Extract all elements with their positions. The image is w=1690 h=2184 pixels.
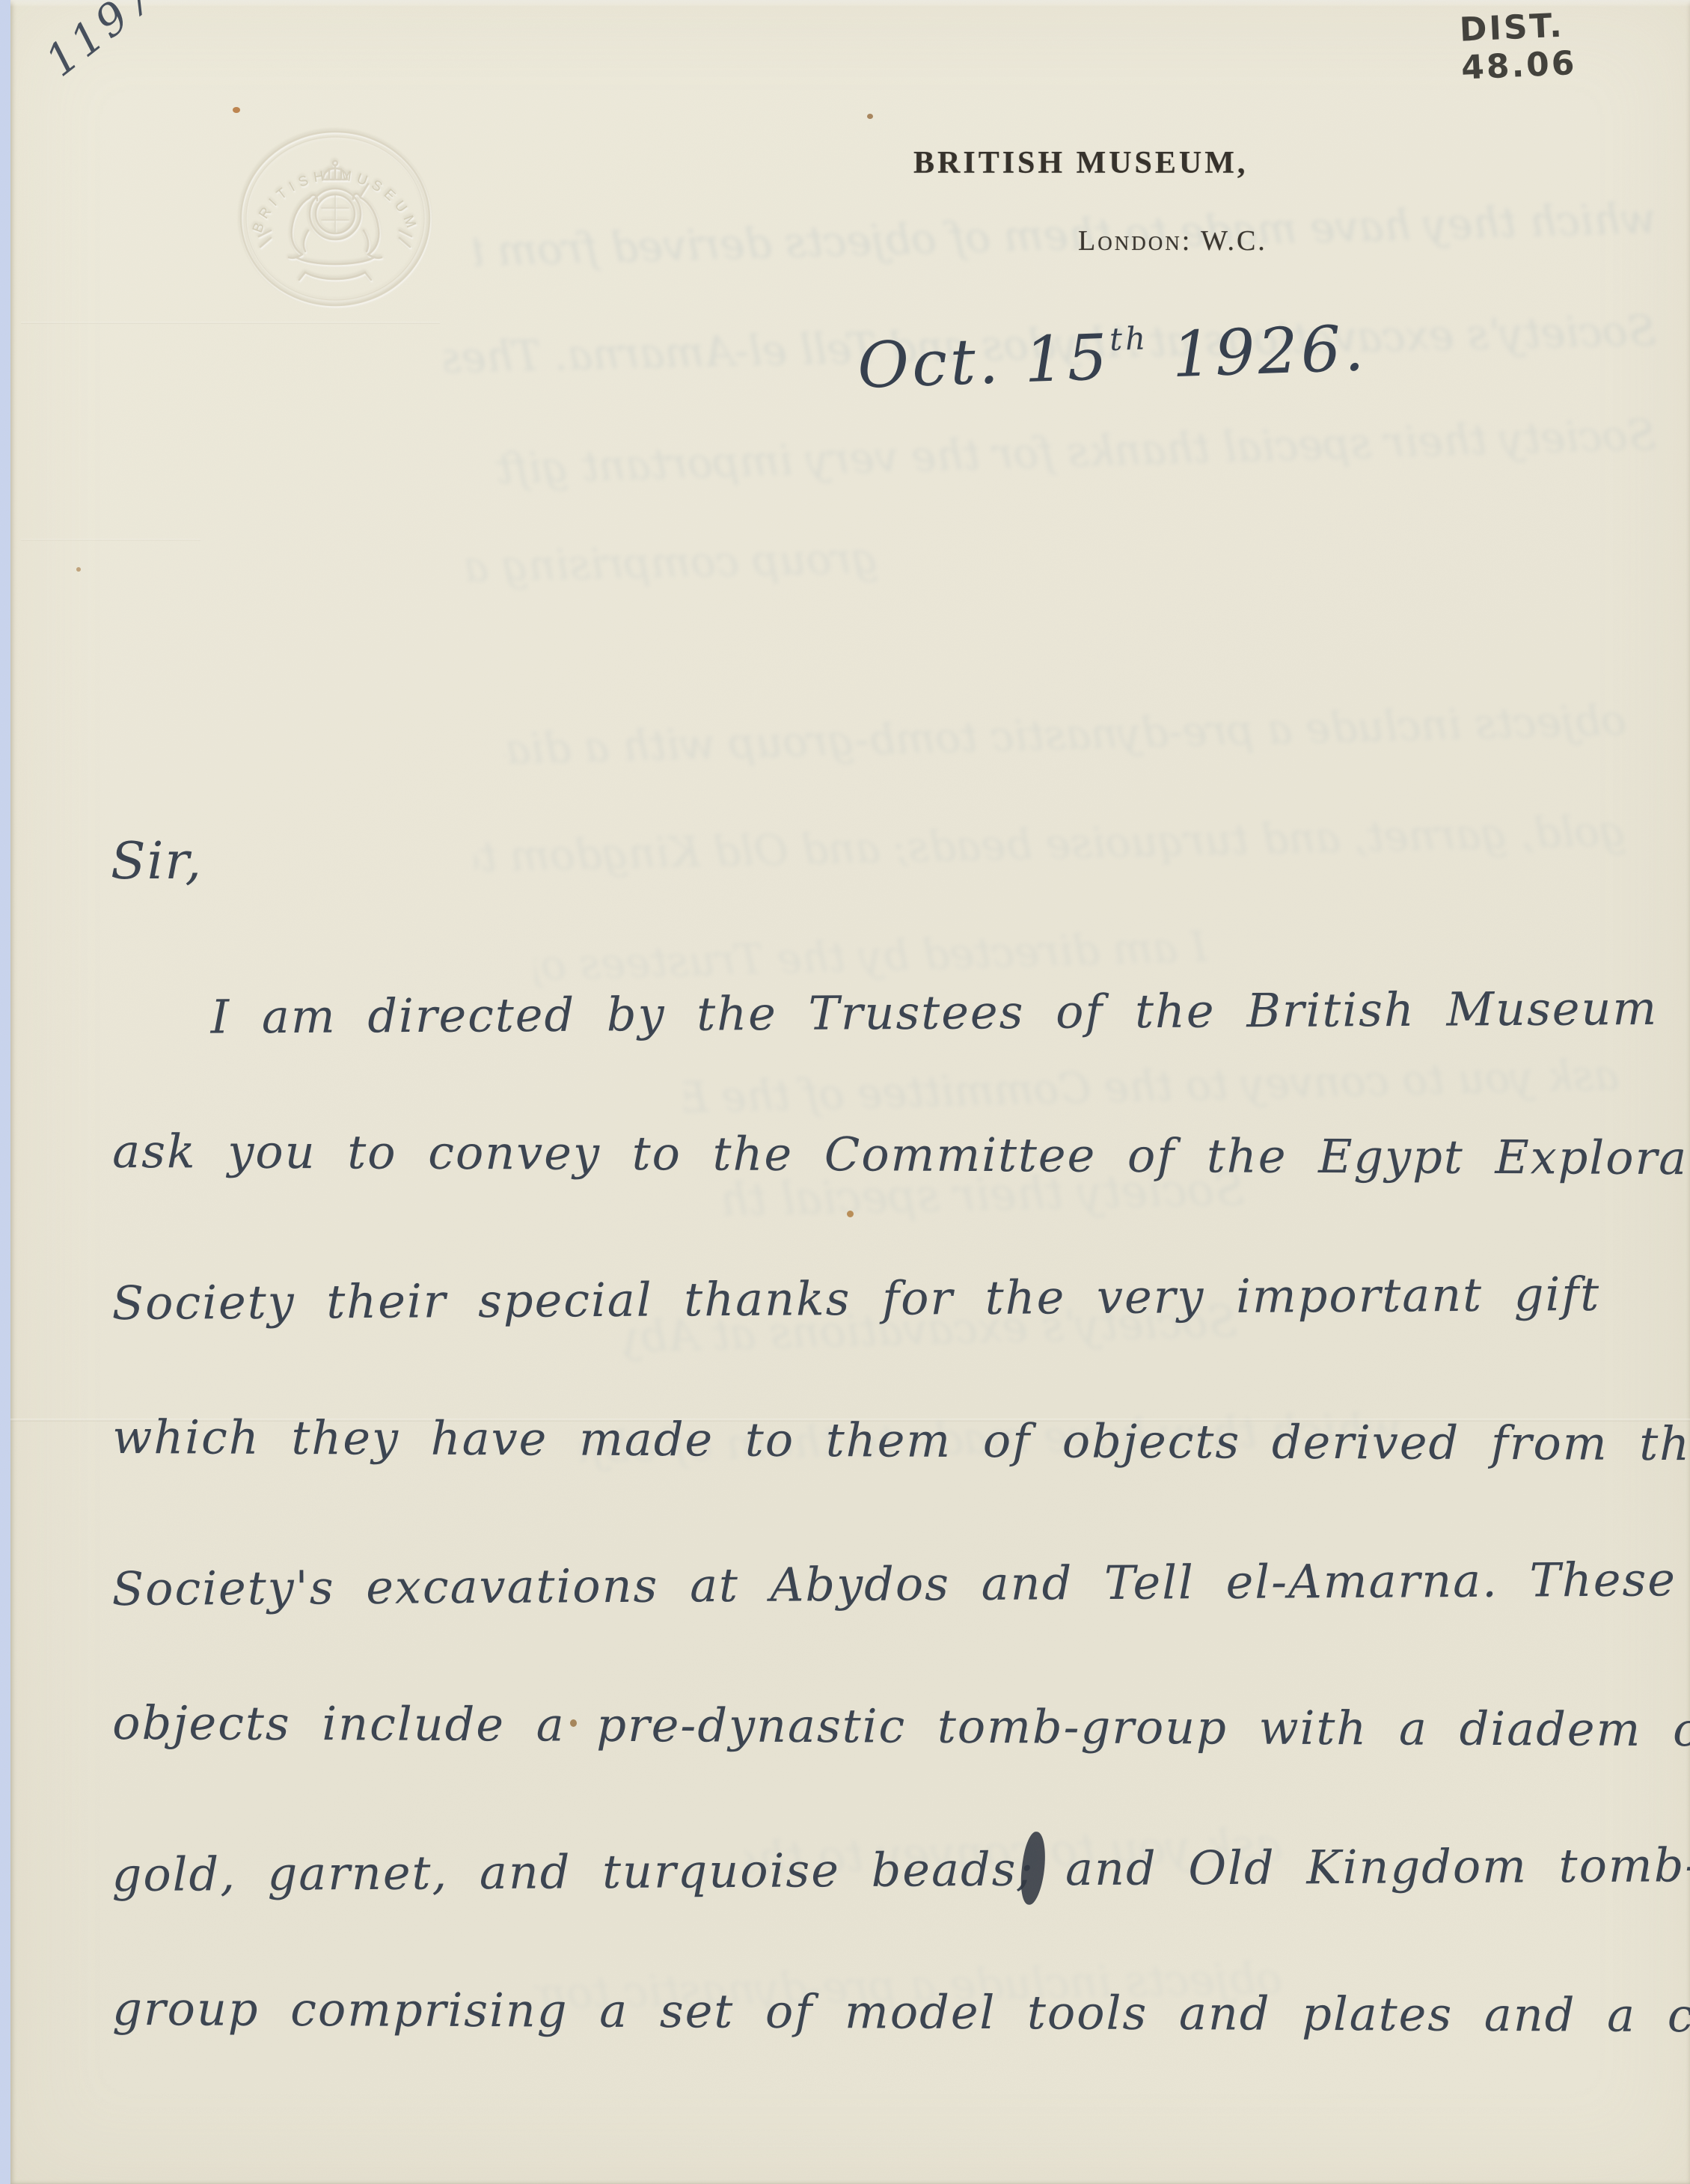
letter-line: group comprising a set of model tools an… — [112, 1981, 1690, 2132]
show-through-line: group comprising a set of model tools an… — [459, 534, 878, 592]
show-through-line: objects include a pre-dynastic tomb-grou… — [503, 696, 1626, 774]
date-year: 1926. — [1148, 311, 1368, 392]
british-museum-embossed-seal: BRITISH MUSEUM — [233, 126, 437, 311]
letter-line: Society their special thanks for the ver… — [111, 1265, 1690, 1419]
letterhead-city: London: W.C. — [1078, 224, 1267, 257]
foxing-speck — [233, 107, 240, 113]
letter-line: which they have made to them of objects … — [112, 1410, 1690, 1560]
foxing-speck — [867, 114, 873, 119]
show-through-line: Society their special thanks for the ver… — [489, 411, 1656, 494]
letter-line: ask you to convey to the Committee of th… — [112, 1124, 1690, 1274]
foxing-speck — [76, 567, 81, 572]
letterhead-institution: BRITISH MUSEUM, — [913, 145, 1248, 181]
letter-line: Society's excavations at Abydos and Tell… — [111, 1551, 1690, 1704]
date-ordinal: th — [1109, 319, 1149, 358]
seal-coat-of-arms — [259, 161, 411, 280]
letter-line: gold, garnet, and turquoise beads; and O… — [111, 1837, 1690, 1990]
letter-body: I am directed by the Trustees of the Bri… — [112, 985, 1690, 2128]
date-day: Oct. 15 — [856, 320, 1111, 403]
show-through-line: which they have made to them of objects … — [474, 195, 1656, 276]
fold-crease — [21, 322, 440, 324]
distribution-number: DIST. 48.06 — [1459, 1, 1690, 87]
letter-line: objects include a pre-dynastic tomb-grou… — [112, 1695, 1690, 1846]
letter-line: I am directed by the Trustees of the Bri… — [210, 979, 1690, 1132]
paper-top-edge — [10, 0, 1690, 7]
show-through-line: I am directed by the Trustees of the Bri… — [533, 923, 1207, 990]
fold-crease — [21, 539, 200, 541]
scanned-letter-page: { "annotations": { "catalog_number": "11… — [0, 0, 1690, 2184]
salutation: Sir, — [111, 832, 203, 891]
show-through-line: gold, garnet, and turquoise beads; and O… — [474, 807, 1626, 882]
